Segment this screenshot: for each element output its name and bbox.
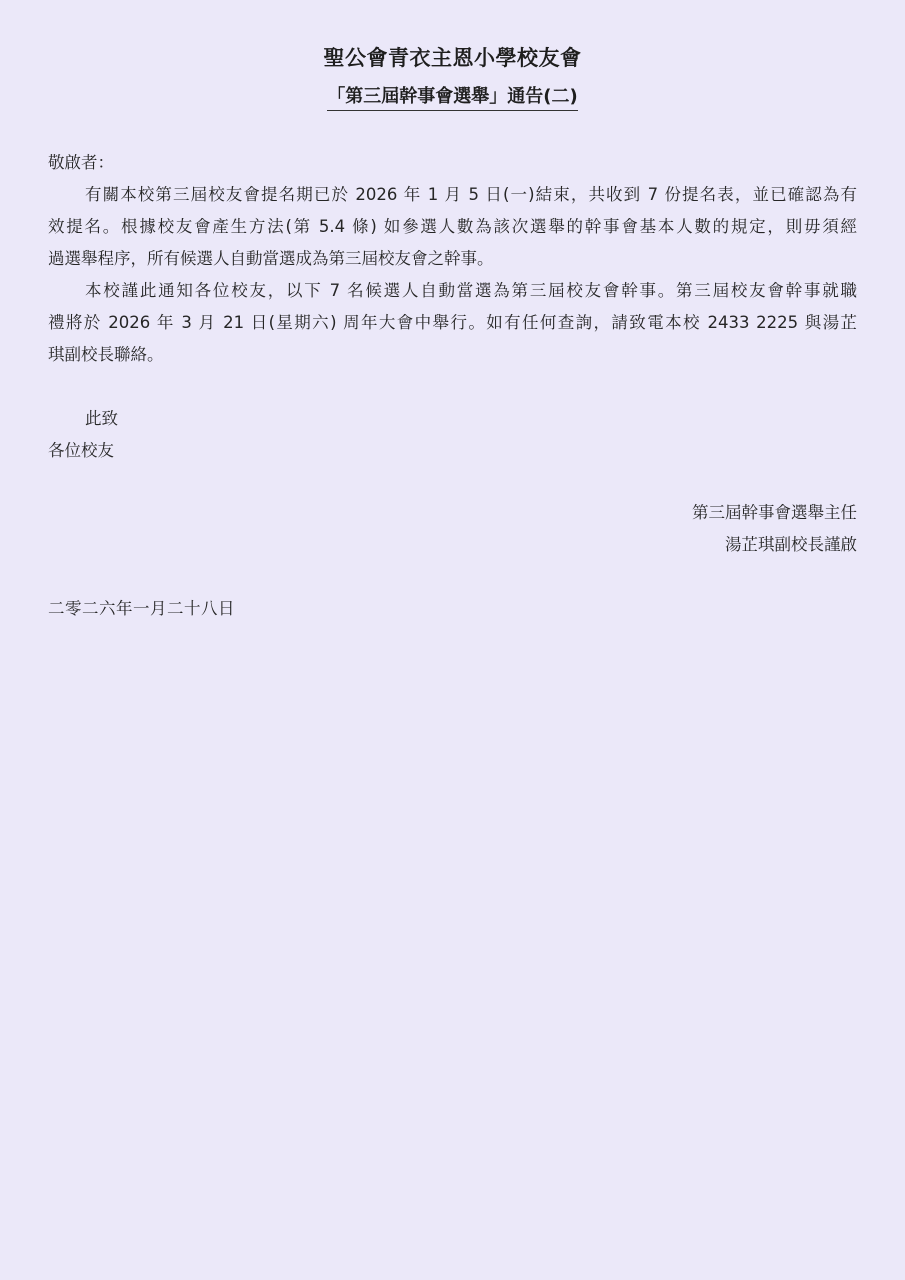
salutation: 敬啟者： [48, 147, 857, 179]
subtitle-container: 「第三屆幹事會選舉」通告(二) [48, 84, 857, 111]
closing-phrase: 此致 [48, 403, 857, 435]
document-subtitle: 「第三屆幹事會選舉」通告(二) [327, 84, 577, 111]
spacer [48, 371, 857, 403]
document-title: 聖公會青衣主恩小學校友會 [48, 43, 857, 73]
signature-name: 湯芷琪副校長謹啟 [692, 529, 857, 561]
paragraph-1-line-2: 效提名。根據校友會產生方法(第 5.4 條) 如參選人數為該次選舉的幹事會基本人… [48, 211, 857, 243]
paragraph-1-line-1: 有關本校第三屆校友會提名期已於 2026 年 1 月 5 日(一)結束，共收到 … [48, 179, 857, 211]
paragraph-1: 有關本校第三屆校友會提名期已於 2026 年 1 月 5 日(一)結束，共收到 … [48, 179, 857, 275]
document-date: 二零二六年一月二十八日 [48, 593, 235, 625]
paragraph-2-line-1: 本校謹此通知各位校友，以下 7 名候選人自動當選為第三屆校友會幹事。第三屆校友會… [48, 275, 857, 307]
signature-block: 第三屆幹事會選舉主任 湯芷琪副校長謹啟 [692, 497, 857, 561]
paragraph-2-line-2: 禮將於 2026 年 3 月 21 日(星期六) 周年大會中舉行。如有任何查詢，… [48, 307, 857, 339]
paragraph-2: 本校謹此通知各位校友，以下 7 名候選人自動當選為第三屆校友會幹事。第三屆校友會… [48, 275, 857, 371]
signature-title: 第三屆幹事會選舉主任 [692, 497, 857, 529]
paragraph-1-line-3: 過選舉程序，所有候選人自動當選成為第三屆校友會之幹事。 [48, 243, 857, 275]
recipient: 各位校友 [48, 435, 857, 467]
paragraph-2-line-3: 琪副校長聯絡。 [48, 339, 857, 371]
document-body: 敬啟者： 有關本校第三屆校友會提名期已於 2026 年 1 月 5 日(一)結束… [48, 147, 857, 467]
